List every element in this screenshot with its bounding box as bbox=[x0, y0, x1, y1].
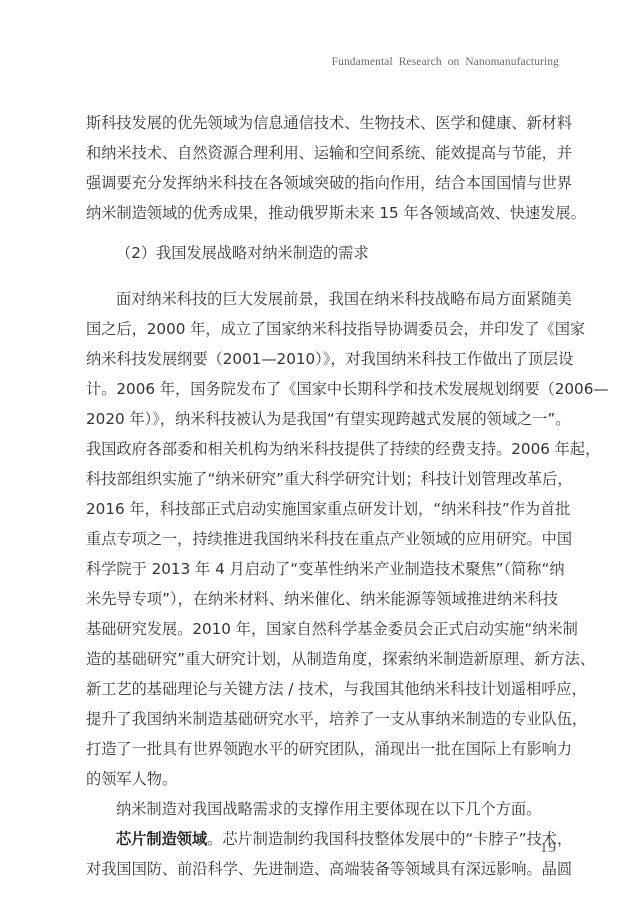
text-line: 2020 年）》，纳米科技被认为是我国“有望实现跨越式发展的领域之一”。 bbox=[86, 404, 558, 434]
text-line: 计。2006 年，国务院发布了《国家中长期科学和技术发展规划纲要（2006— bbox=[86, 374, 558, 404]
body-text: 斯科技发展的优先领域为信息通信技术、生物技术、医学和健康、新材料 和纳米技术、自… bbox=[86, 108, 558, 884]
text-line: 基础研究发展。2010 年，国家自然科学基金委员会正式启动实施“纳米制 bbox=[86, 614, 558, 644]
text-line: 面对纳米科技的巨大发展前景，我国在纳米科技战略布局方面紧随美 bbox=[86, 284, 558, 314]
text-line: 科学院于 2013 年 4 月启动了“变革性纳米产业制造技术聚焦”（简称“纳 bbox=[86, 554, 558, 584]
text-line: 强调要充分发挥纳米科技在各领域突破的指向作用，结合本国国情与世界 bbox=[86, 168, 558, 198]
text-line: 科技部组织实施了“纳米研究”重大科学研究计划；科技计划管理改革后， bbox=[86, 464, 558, 494]
bold-lead-term: 芯片制造领域 bbox=[116, 830, 207, 848]
text-line: 2016 年，科技部正式启动实施国家重点研发计划，“纳米科技”作为首批 bbox=[86, 494, 558, 524]
text-line: 造的基础研究”重大研究计划，从制造角度，探索纳米制造新原理、新方法、 bbox=[86, 644, 558, 674]
text-line: 重点专项之一，持续推进我国纳米科技在重点产业领域的应用研究。中国 bbox=[86, 524, 558, 554]
spacer bbox=[86, 228, 558, 238]
text-line: 纳米制造领域的优秀成果，推动俄罗斯未来 15 年各领域高效、快速发展。 bbox=[86, 198, 558, 228]
text-line: 纳米制造对我国战略需求的支撑作用主要体现在以下几个方面。 bbox=[86, 794, 558, 824]
paragraph-2: 面对纳米科技的巨大发展前景，我国在纳米科技战略布局方面紧随美 国之后，2000 … bbox=[86, 284, 558, 794]
text-line: 提升了我国纳米制造基础研究水平，培养了一支从事纳米制造的专业队伍， bbox=[86, 704, 558, 734]
paragraph-1: 斯科技发展的优先领域为信息通信技术、生物技术、医学和健康、新材料 和纳米技术、自… bbox=[86, 108, 558, 228]
text-line: 斯科技发展的优先领域为信息通信技术、生物技术、医学和健康、新材料 bbox=[86, 108, 558, 138]
paragraph-3: 纳米制造对我国战略需求的支撑作用主要体现在以下几个方面。 bbox=[86, 794, 558, 824]
text-line: 米先导专项”），在纳米材料、纳米催化、纳米能源等领域推进纳米科技 bbox=[86, 584, 558, 614]
text-line: 新工艺的基础理论与关键方法 / 技术，与我国其他纳米科技计划遥相呼应， bbox=[86, 674, 558, 704]
text-line: 对我国国防、前沿科学、先进制造、高端装备等领域具有深远影响。晶圆 bbox=[86, 854, 558, 884]
text-line: 纳米科技发展纲要（2001—2010）》，对我国纳米科技工作做出了顶层设 bbox=[86, 344, 558, 374]
text-line: 和纳米技术、自然资源合理利用、运输和空间系统、能效提高与节能，并 bbox=[86, 138, 558, 168]
running-header: Fundamental Research on Nanomanufacturin… bbox=[332, 56, 559, 68]
paragraph-4: 芯片制造领域。芯片制造制约我国科技整体发展中的“卡脖子”技术， 对我国国防、前沿… bbox=[86, 824, 558, 884]
text-line: 我国政府各部委和相关机构为纳米科技提供了持续的经费支持。2006 年起， bbox=[86, 434, 558, 464]
text-run: 。芯片制造制约我国科技整体发展中的“卡脖子”技术， bbox=[207, 830, 572, 848]
text-line: 的领军人物。 bbox=[86, 764, 558, 794]
text-line: 芯片制造领域。芯片制造制约我国科技整体发展中的“卡脖子”技术， bbox=[86, 824, 558, 854]
text-line: 国之后，2000 年，成立了国家纳米科技指导协调委员会，并印发了《国家 bbox=[86, 314, 558, 344]
page-number: 19 bbox=[540, 840, 557, 857]
section-heading: （2）我国发展战略对纳米制造的需求 bbox=[86, 238, 558, 268]
text-line: 打造了一批具有世界领跑水平的研究团队，涌现出一批在国际上有影响力 bbox=[86, 734, 558, 764]
document-page: Fundamental Research on Nanomanufacturin… bbox=[0, 0, 643, 908]
